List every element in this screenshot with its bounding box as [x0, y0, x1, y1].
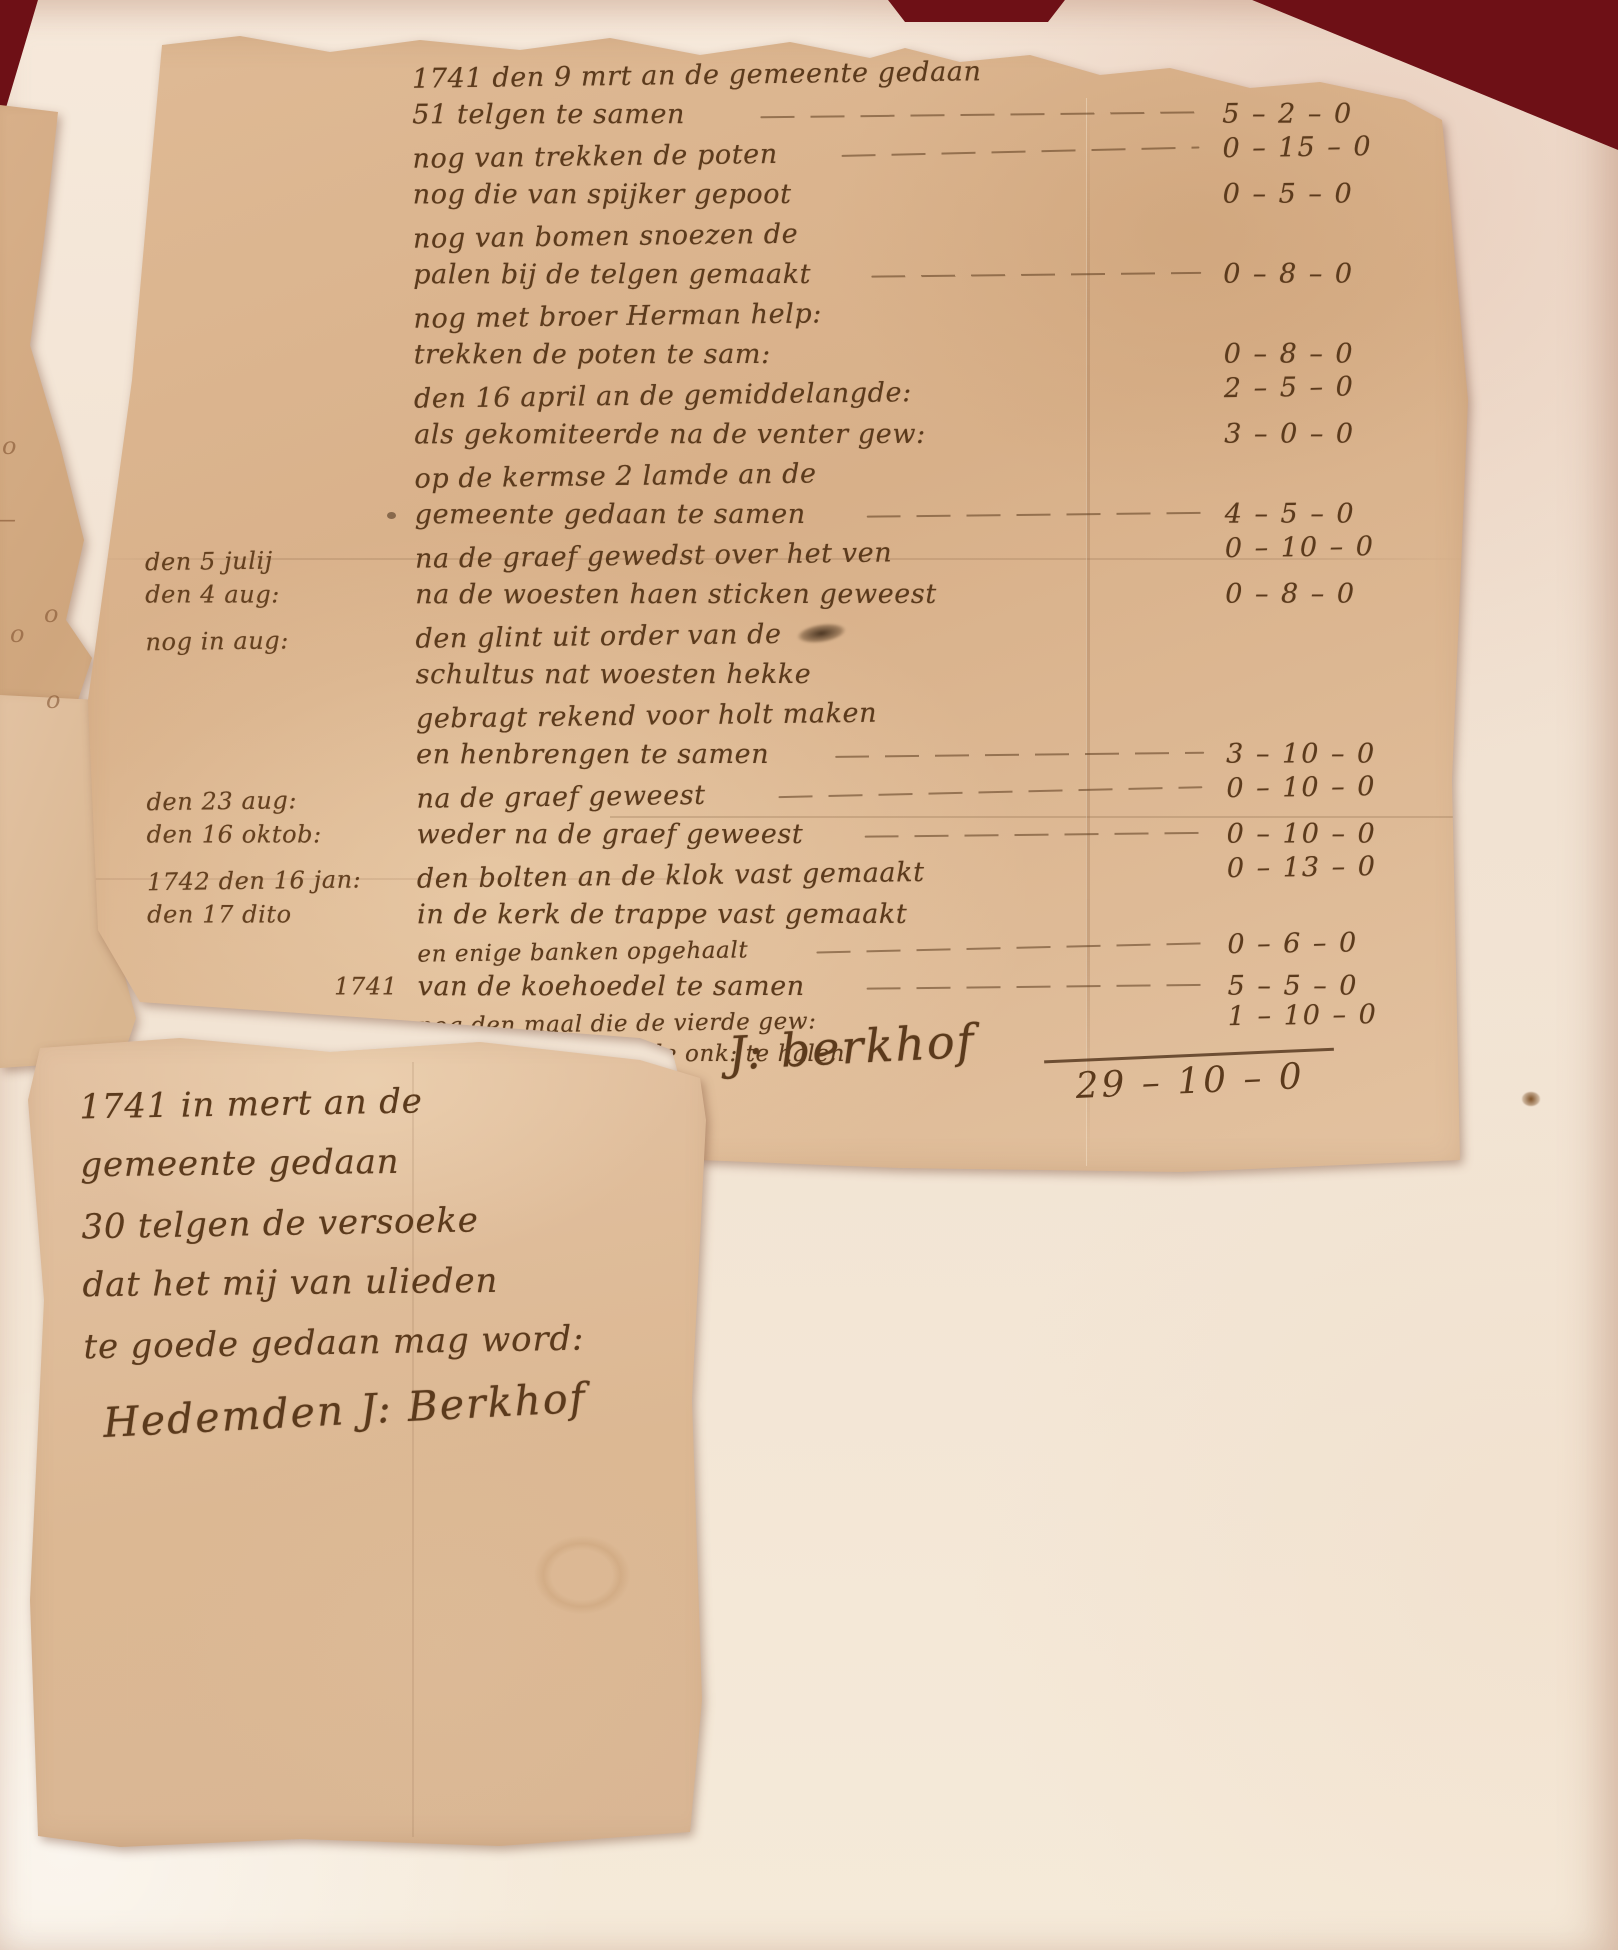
note-signature: Hedemden J: Berkhof — [84, 1368, 696, 1448]
amount: 0 – 6 – 0 — [1227, 926, 1422, 960]
entry-text: nog van bomen snoezen de — [413, 218, 799, 254]
note-line: te goede gedaan mag word: — [83, 1307, 694, 1378]
entry-text: gemeente gedaan te samen — [415, 498, 806, 529]
entry-text: na de graef gewedst over het ven — [415, 537, 893, 574]
amount: 1 – 10 – 0 — [1228, 998, 1423, 1032]
amount: 4 – 5 – 0 — [1225, 498, 1420, 529]
photo-stage: o—ooo 1741 den 9 mrt an de gemeente geda… — [0, 0, 1618, 1950]
dash-filler — [831, 466, 1406, 474]
note-line: 1741 in mert an de — [79, 1067, 690, 1138]
entry-text: na de graef geweest — [416, 779, 706, 814]
entry-text: schultus nat woesten hekke — [416, 658, 812, 689]
ink-smudge — [788, 617, 855, 650]
date-margin-label: den 4 aug: — [145, 580, 395, 608]
dash-filler — [939, 868, 1213, 872]
entry-text: den 16 april an de gemiddelangde: — [414, 377, 912, 415]
dash-filler — [812, 226, 1404, 234]
dash-filler — [906, 548, 1211, 552]
entry-text: in de kerk de trappe vast gemaakt — [417, 898, 907, 929]
entry-text: na de woesten haen sticken geweest — [415, 578, 937, 609]
entry-text: 1741 den 9 mrt an de gemeente gedaan — [412, 56, 982, 94]
date-margin-label: 1741 — [148, 972, 398, 1000]
amount: 0 – 8 – 0 — [1225, 578, 1420, 609]
amount: 0 – 15 – 0 — [1222, 130, 1417, 164]
date-margin-label: den 16 oktob: — [147, 820, 397, 848]
dash-filler — [836, 306, 1404, 313]
dash-filler — [792, 148, 1209, 153]
amount: 5 – 2 – 0 — [1222, 98, 1417, 129]
main-sheet-lines: 1741 den 9 mrt an de gemeente gedaan51 t… — [67, 50, 1478, 1075]
date-margin-label: 1742 den 16 jan: — [147, 865, 397, 896]
main-signature: J: berkhof — [727, 1014, 977, 1081]
amount: 0 – 10 – 0 — [1226, 770, 1421, 804]
main-receipt-sheet: 1741 den 9 mrt an de gemeente gedaan51 t… — [70, 28, 1475, 1178]
main-receipt-paper: 1741 den 9 mrt an de gemeente gedaan51 t… — [70, 28, 1475, 1178]
amount: 0 – 8 – 0 — [1223, 258, 1418, 289]
dash-filler — [762, 944, 1213, 950]
note-line: gemeente gedaan — [80, 1129, 691, 1195]
date-margin-label: nog in aug: — [145, 625, 395, 656]
dash-filler — [720, 788, 1213, 794]
date-margin-label: den 17 dito — [147, 900, 397, 928]
amount: 3 – 10 – 0 — [1226, 738, 1421, 769]
amount: 0 – 10 – 0 — [1227, 818, 1422, 849]
water-stain — [527, 1530, 637, 1620]
note-line: 30 telgen de versoeke — [81, 1187, 692, 1258]
entry-text: en henbrengen te samen — [416, 739, 769, 770]
amount: 0 – 8 – 0 — [1224, 338, 1419, 369]
note-lines: 1741 in mert an degemeente gedaan30 telg… — [79, 1067, 695, 1438]
stain-spot — [1522, 1092, 1540, 1106]
entry-text: en enige banken opgehaalt — [417, 937, 748, 967]
dash-filler — [926, 388, 1210, 392]
entry-text: als gekomiteerde na de venter gew: — [414, 418, 926, 449]
entry-text: weder na de graef geweest — [417, 818, 804, 849]
dash-filler — [995, 66, 1402, 71]
entry-text: nog die van spijker gepoot — [413, 178, 792, 209]
entry-text: nog van trekken de poten — [412, 138, 778, 174]
dash-filler — [868, 626, 1407, 633]
amount: 3 – 0 – 0 — [1224, 418, 1419, 449]
date-margin-label: den 23 aug: — [146, 785, 396, 816]
amount: 2 – 5 – 0 — [1224, 370, 1419, 404]
entry-text: palen bij de telgen gemaakt — [413, 258, 811, 289]
total-amount: 29 – 10 – 0 — [1075, 1056, 1306, 1107]
dash-filler — [825, 673, 1406, 674]
entry-text: den glint uit order van de — [415, 618, 782, 654]
bottom-note-paper: 1741 in mert an degemeente gedaan30 telg… — [22, 1032, 717, 1847]
entry-text: nog met broer Herman help: — [413, 298, 822, 334]
entry-text: van de koehoedel te samen — [418, 970, 805, 1001]
date-margin-label: den 5 julij — [145, 545, 395, 576]
entry-text: 51 telgen te samen — [412, 99, 685, 130]
amount: 0 – 13 – 0 — [1227, 850, 1422, 884]
entry-text: gebragt rekend voor holt maken — [416, 697, 878, 734]
amount: 0 – 5 – 0 — [1223, 178, 1418, 209]
dash-filler — [891, 706, 1407, 713]
note-line: dat het mij van ulieden — [82, 1249, 693, 1315]
amount: 0 – 10 – 0 — [1225, 530, 1420, 564]
bottom-note-sheet: 1741 in mert an degemeente gedaan30 telg… — [22, 1032, 717, 1847]
amount: 5 – 5 – 0 — [1228, 970, 1423, 1001]
entry-text: op de kermse 2 lamde an de — [414, 458, 816, 494]
entry-text: den bolten an de klok vast gemaakt — [417, 857, 925, 895]
entry-text: trekken de poten te sam: — [414, 339, 771, 370]
